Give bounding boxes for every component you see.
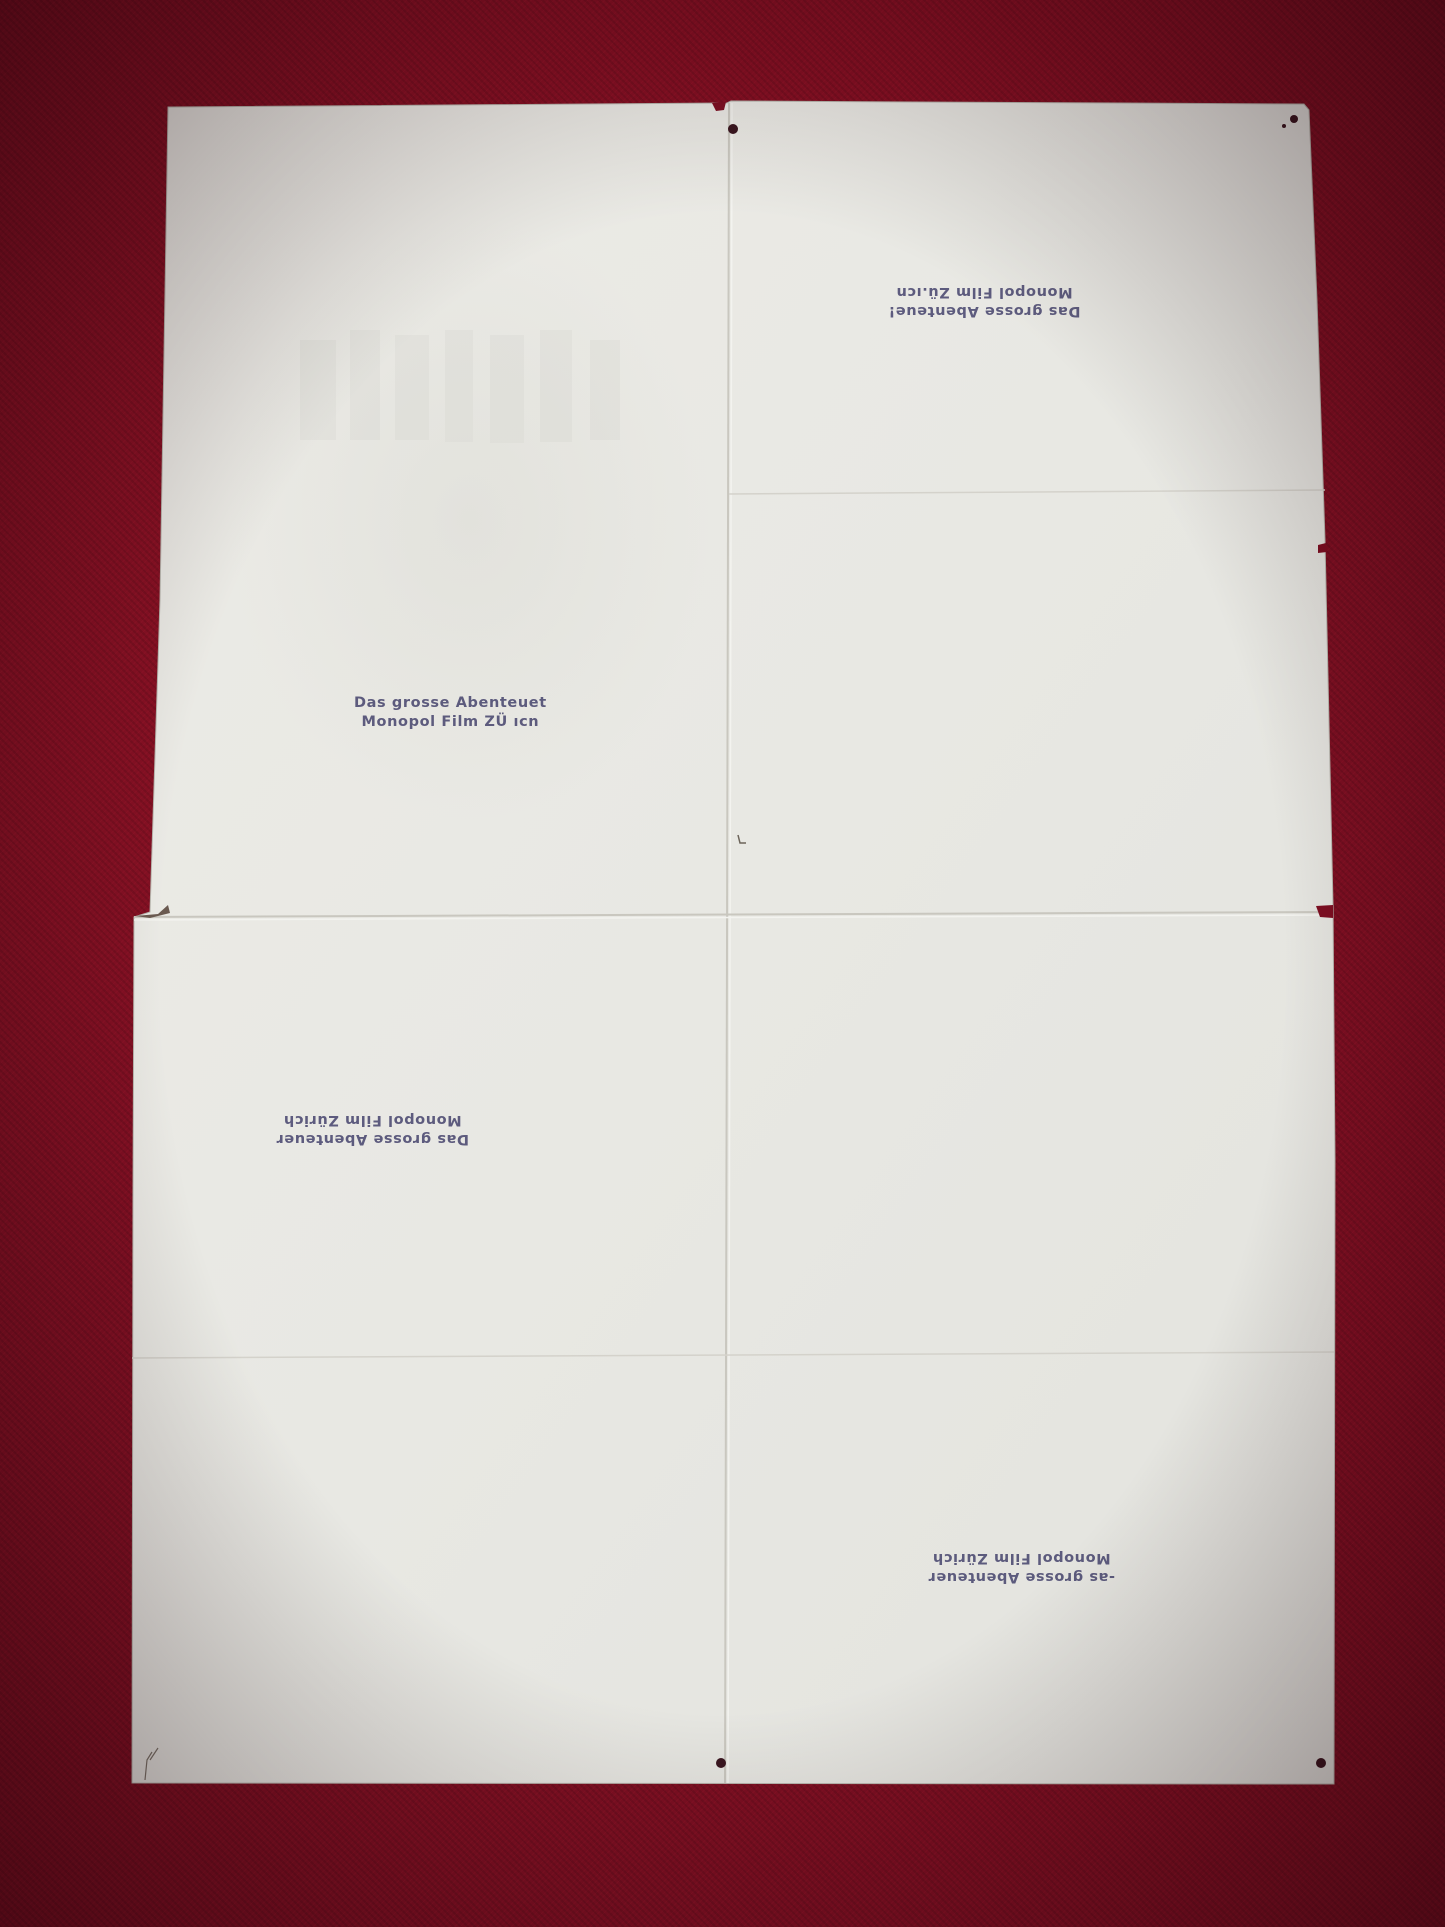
stamp-title: Das grosse Abenteuet bbox=[354, 694, 547, 713]
pin-hole-top-right bbox=[1290, 115, 1298, 123]
stamp-distributor: Monopol Film Zürich bbox=[276, 1110, 469, 1129]
stamp-title: Das grosse Abenteue! bbox=[888, 301, 1080, 320]
distributor-stamp-top-right: Das grosse Abenteue! Monopol Film Zü.ıcn bbox=[888, 282, 1080, 320]
stamp-title: Das grosse Abenteuer bbox=[276, 1129, 469, 1148]
pin-hole-top-right-2 bbox=[1282, 124, 1286, 128]
stamp-title: -as grosse Abenteuer bbox=[928, 1567, 1115, 1586]
distributor-stamp-bottom-right: -as grosse Abenteuer Monopol Film Zürich bbox=[928, 1548, 1115, 1586]
folded-poster bbox=[0, 0, 1445, 1927]
stamp-distributor: Monopol Film ZÜ ıcn bbox=[354, 713, 547, 732]
stamp-distributor: Monopol Film Zü.ıcn bbox=[888, 282, 1080, 301]
distributor-stamp-middle-left: Das grosse Abenteuer Monopol Film Zürich bbox=[276, 1110, 469, 1148]
stamp-distributor: Monopol Film Zürich bbox=[928, 1548, 1115, 1567]
pin-hole-bottom-center bbox=[716, 1758, 726, 1768]
distributor-stamp-upright: Das grosse Abenteuet Monopol Film ZÜ ıcn bbox=[354, 694, 547, 732]
pin-hole-top-center bbox=[728, 124, 738, 134]
pin-hole-bottom-right bbox=[1316, 1758, 1326, 1768]
